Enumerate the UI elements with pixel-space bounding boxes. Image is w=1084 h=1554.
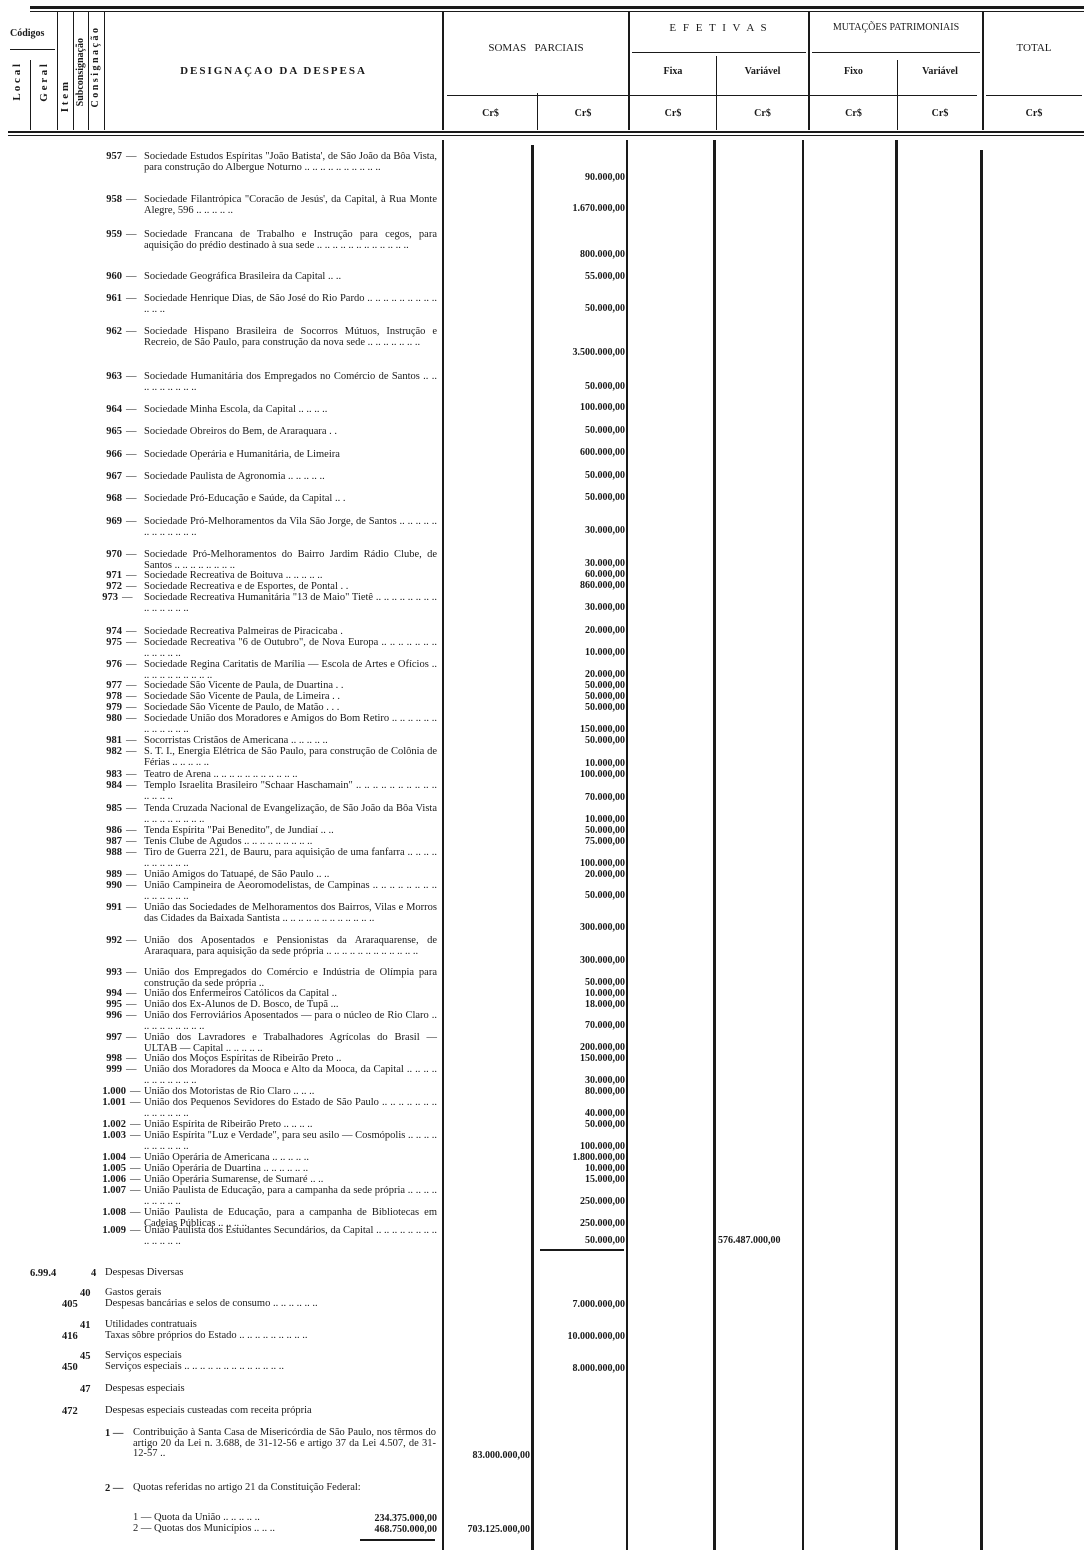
entry-number: 976 [100,660,122,671]
entry-number: 1.006 [96,1175,126,1186]
entry-description: Sociedade Filantrópica "Coracão de Jesús… [144,195,437,216]
subgroup-code: 405 [62,1299,78,1310]
entry-number: 967 [100,472,122,483]
entry-value: 300.000,00 [535,956,625,967]
entry-description: União Campineira de Aeoromodelistas, de … [144,881,437,902]
entry-description: União dos Pequenos Sevidores do Estado d… [144,1098,437,1119]
entry-number: 963 [100,372,122,383]
dash: — [126,968,137,979]
dash: — [126,494,137,505]
currency-label: Cr$ [898,108,982,119]
group-value: 10.000.000,00 [535,1331,625,1342]
quotas-rule [360,1539,435,1541]
entry-number: 974 [100,627,122,638]
entry-value: 800.000,00 [535,250,625,261]
entry-value: 50.000,00 [535,1120,625,1131]
entry-value: 30.000,00 [535,603,625,614]
entry-number: 990 [100,881,122,892]
entry-value: 300.000,00 [535,923,625,934]
entry-description: União dos Aposentados e Pensionistas da … [144,936,437,957]
entry-number: 965 [100,427,122,438]
entry-number: 983 [100,770,122,781]
entry-description: Tenis Clube de Agudos .. .. .. .. .. .. … [144,837,437,848]
sub-rule [10,49,55,50]
header-variavel-efetivas: Variável [717,66,808,77]
entry-description: União dos Moços Espíritas de Ribeirão Pr… [144,1054,437,1065]
dash: — [126,804,137,815]
dash: — [126,1000,137,1011]
entry-description: Sociedade Recreativa de Boituva .. .. ..… [144,571,437,582]
dash: — [126,372,137,383]
entry-description: União dos Lavradores e Trabalhadores Agr… [144,1033,437,1054]
entry-description: Sociedade União dos Moradores e Amigos d… [144,714,437,735]
section-code: 6.99.4 [30,1268,56,1279]
dash: — [126,272,137,283]
entry-value: 30.000,00 [535,559,625,570]
header-bottom-rule [8,131,1084,133]
subgroup-description: Taxas sôbre próprios do Estado .. .. .. … [105,1331,440,1342]
entry-number: 972 [100,582,122,593]
entry-number: 969 [100,517,122,528]
dash: — [126,427,137,438]
dash: — [126,826,137,837]
header-variavel-mutacoes: Variável [898,66,982,77]
entry-number: 1.009 [96,1226,126,1237]
dash: — [126,1033,137,1044]
entry-value: 10.000,00 [535,815,625,826]
entry-value: 50.000,00 [535,692,625,703]
entry-description: União Espírita de Ribeirão Preto .. .. .… [144,1120,437,1131]
dash: — [126,837,137,848]
dash: — [126,327,137,338]
currency-label: Cr$ [717,108,808,119]
entry-description: Sociedade Hispano Brasileira de Socorros… [144,327,437,348]
group-title: Utilidades contratuais [105,1320,440,1331]
dash: — [126,472,137,483]
entry-value: 18.000,00 [535,1000,625,1011]
group-value: 8.000.000,00 [535,1363,625,1374]
sub-rule [447,95,977,96]
col-line [88,12,89,130]
entry-description: União das Sociedades de Melhoramentos do… [144,903,437,924]
col-line [73,12,74,130]
entry-number: 991 [100,903,122,914]
entry-value: 600.000,00 [535,448,625,459]
entry-number: 1.005 [96,1164,126,1175]
entry-description: Templo Israelita Brasileiro "Schaar Hasc… [144,781,437,802]
entry-number: 970 [100,550,122,561]
item-description: Quotas referidas no artigo 21 da Constit… [133,1483,436,1494]
header-codigos: Códigos [10,28,44,39]
item-value: 83.000.000,00 [445,1450,530,1461]
header-mutacoes: MUTAÇÕES PATRIMONIAIS [810,22,982,33]
entry-number: 980 [100,714,122,725]
entry-value: 50.000,00 [535,493,625,504]
entry-value: 55.000,00 [535,272,625,283]
entry-description: Socorristas Cristãos de Americana .. .. … [144,736,437,747]
entry-value: 40.000,00 [535,1109,625,1120]
entry-description: Sociedade São Vicente de Paula, de Duart… [144,681,437,692]
dash: — [126,870,137,881]
entry-value: 200.000,00 [535,1043,625,1054]
col-line [30,60,31,130]
entry-value: 15.000,00 [535,1175,625,1186]
entry-value: 30.000,00 [535,526,625,537]
header-efetivas: E F E T I V A S [630,22,808,34]
group-code: 45 [80,1351,91,1362]
entry-number: 1.003 [96,1131,126,1142]
entry-number: 992 [100,936,122,947]
dash: — [130,1208,141,1219]
dash: — [126,736,137,747]
entry-number: 987 [100,837,122,848]
entry-number: 1.008 [96,1208,126,1219]
quota-label: 2 — Quotas dos Municípios .. .. .. [133,1524,275,1535]
dash: — [130,1175,141,1186]
entry-value: 50.000,00 [535,426,625,437]
entry-description: Sociedade São Vicente de Paula, de Limei… [144,692,437,703]
entry-value: 10.000,00 [535,648,625,659]
header-fixa: Fixa [630,66,716,77]
dash: — [130,1153,141,1164]
currency-label: Cr$ [630,108,716,119]
entry-description: União dos Enfermeiros Católicos da Capit… [144,989,437,1000]
entry-value: 10.000,00 [535,989,625,1000]
entry-number: 975 [100,638,122,649]
entry-description: União dos Motoristas de Rio Claro .. .. … [144,1087,437,1098]
group-code: 41 [80,1320,91,1331]
top-rule-thin [30,11,1084,12]
dash: — [126,638,137,649]
dash: — [126,230,137,241]
entry-description: União dos Ferroviários Aposentados — par… [144,1011,437,1032]
dash: — [126,781,137,792]
dash: — [126,550,137,561]
entry-number: 977 [100,681,122,692]
dash: — [126,881,137,892]
entry-number: 994 [100,989,122,1000]
header-somas-parciais: SOMAS PARCIAIS [444,42,628,54]
sub-rule [812,52,980,53]
dash: — [126,848,137,859]
entry-description: União dos Ex-Alunos de D. Bosco, de Tupã… [144,1000,437,1011]
entry-description: União Operária Sumarense, de Sumaré .. .… [144,1175,437,1186]
entry-description: Sociedade Geográfica Brasileira da Capit… [144,272,437,283]
entry-value: 150.000,00 [535,725,625,736]
dash: — [126,1065,137,1076]
entry-value: 10.000,00 [535,1164,625,1175]
currency-label: Cr$ [984,108,1084,119]
entry-value: 50.000,00 [535,304,625,315]
entry-number: 986 [100,826,122,837]
entry-number: 1.004 [96,1153,126,1164]
entry-value: 20.000,00 [535,670,625,681]
entry-number: 998 [100,1054,122,1065]
subgroup-code: 472 [62,1406,78,1417]
entry-value: 100.000,00 [535,770,625,781]
dash: — [126,770,137,781]
entry-value: 1.670.000,00 [535,204,625,215]
entry-value: 250.000,00 [535,1219,625,1230]
entry-number: 985 [100,804,122,815]
entry-description: Sociedade São Vicente de Paulo, de Matão… [144,703,437,714]
dash: — [126,903,137,914]
entry-value: 150.000,00 [535,1054,625,1065]
dash: — [130,1226,141,1237]
entry-value: 3.500.000,00 [535,348,625,359]
entry-value: 90.000,00 [535,173,625,184]
entry-value: 20.000,00 [535,870,625,881]
top-rule [30,6,1084,9]
entry-value: 50.000,00 [535,703,625,714]
group-code: 40 [80,1288,91,1299]
entry-description: União dos Empregados do Comércio e Indús… [144,968,437,989]
quotas-total: 703.125.000,00 [445,1524,530,1535]
entry-description: União Espírita "Luz e Verdade", para seu… [144,1131,437,1152]
dash: — [126,450,137,461]
item-description: Contribuição à Santa Casa de Misericórdi… [133,1428,436,1460]
entry-number: 966 [100,450,122,461]
entry-value: 100.000,00 [535,859,625,870]
entry-description: Sociedade Recreativa Palmeiras de Piraci… [144,627,437,638]
header-subconsignacao: Subconsignação [75,38,86,106]
entry-number: 962 [100,327,122,338]
body-col-line [626,140,628,1550]
entry-description: Tenda Espírita "Pai Benedito", de Jundia… [144,826,437,837]
entry-description: União Operária de Duartina .. .. .. .. .… [144,1164,437,1175]
entry-description: União Amigos do Tatuapé, de São Paulo ..… [144,870,437,881]
entry-number: 961 [100,294,122,305]
entry-description: Sociedade Recreativa "6 de Outubro", de … [144,638,437,659]
entry-value: 75.000,00 [535,837,625,848]
body-col-line [802,140,804,1550]
dash: — [126,195,137,206]
entry-description: Sociedade Estudos Espíritas "João Batist… [144,152,437,173]
entry-description: Sociedade Pró-Melhoramentos do Bairro Ja… [144,550,437,571]
entry-value: 50.000,00 [535,826,625,837]
entry-number: 957 [100,152,122,163]
entry-value: 70.000,00 [535,793,625,804]
entry-value: 50.000,00 [535,471,625,482]
dash: — [126,627,137,638]
dash: — [126,571,137,582]
entry-number: 1.007 [96,1186,126,1197]
entry-value: 1.800.000,00 [535,1153,625,1164]
quota-value: 468.750.000,00 [345,1524,437,1535]
entry-description: União Paulista de Educação, para a campa… [144,1186,437,1207]
entry-description: União dos Moradores da Mooca e Alto da M… [144,1065,437,1086]
body-col-line [895,140,898,1550]
entry-value: 250.000,00 [535,1197,625,1208]
quota-value: 234.375.000,00 [345,1513,437,1524]
entry-value: 50.000,00 [535,978,625,989]
entry-description: Sociedade Henrique Dias, de São José do … [144,294,437,315]
section-title-number: 4 [91,1268,96,1279]
dash: — [126,703,137,714]
entry-value: 60.000,00 [535,570,625,581]
section-title: Despesas Diversas [105,1268,440,1279]
dash: — [130,1164,141,1175]
entry-value: 70.000,00 [535,1021,625,1032]
header-total: TOTAL [984,42,1084,54]
item-number: 1 — [105,1428,123,1439]
entry-value: 50.000,00 [535,681,625,692]
entry-description: Sociedade Francana de Trabalho e Instruç… [144,230,437,251]
subgroup-description: Despesas bancárias e selos de consumo ..… [105,1299,440,1310]
entry-description: Sociedade Obreiros do Bem, de Araraquara… [144,427,437,438]
dash: — [126,747,137,758]
entry-number: 997 [100,1033,122,1044]
body-col-line [713,140,716,1550]
quota-label: 1 — Quota da União .. .. .. .. .. [133,1513,260,1524]
body-col-line [980,150,983,1550]
dash: — [126,294,137,305]
header-local: L o c a l [11,64,23,101]
entry-number: 968 [100,494,122,505]
header-bottom-rule-thin [8,135,1084,136]
entry-number: 1.002 [96,1120,126,1131]
dash: — [126,681,137,692]
entry-description: Sociedade Recreativa Humanitária "13 de … [144,593,437,614]
entry-number: 981 [100,736,122,747]
entry-value: 860.000,00 [535,581,625,592]
entry-number: 984 [100,781,122,792]
entry-value: 10.000,00 [535,759,625,770]
group-code: 47 [80,1384,91,1395]
currency-label: Cr$ [810,108,897,119]
entry-number: 988 [100,848,122,859]
entry-description: Sociedade Paulista de Agronomia .. .. ..… [144,472,437,483]
entry-number: 978 [100,692,122,703]
dash: — [130,1120,141,1131]
entry-number: 964 [100,405,122,416]
entry-number: 982 [100,747,122,758]
dash: — [122,593,133,604]
header-consignacao: C o n s i g n a ç ã o [90,28,101,107]
group-title: Serviços especiais [105,1351,440,1362]
entry-number: 973 [96,593,118,604]
entry-value: 100.000,00 [535,1142,625,1153]
entry-number: 995 [100,1000,122,1011]
entry-number: 959 [100,230,122,241]
item-number: 2 — [105,1483,123,1494]
entry-description: Teatro de Arena .. .. .. .. .. .. .. .. … [144,770,437,781]
entry-number: 996 [100,1011,122,1022]
dash: — [126,692,137,703]
header-item: I t e m [59,82,71,112]
entry-description: União Operária de Americana .. .. .. .. … [144,1153,437,1164]
subtotal-variavel: 576.487.000,00 [718,1236,800,1247]
entry-description: Sociedade Pró-Melhoramentos da Vila São … [144,517,437,538]
entry-description: Sociedade Pró-Educação e Saúde, da Capit… [144,494,437,505]
dash: — [126,714,137,725]
dash: — [126,1054,137,1065]
group-value: 7.000.000,00 [535,1299,625,1310]
entry-description: Tiro de Guerra 221, de Bauru, para aquis… [144,848,437,869]
header-designacao: DESIGNAÇAO DA DESPESA [105,65,442,77]
dash: — [126,660,137,671]
body-col-line [531,145,534,1550]
group-title: Gastos gerais [105,1288,440,1299]
entry-value: 50.000,00 [535,736,625,747]
entry-description: Sociedade Recreativa e de Esportes, de P… [144,582,437,593]
sub-rule [986,95,1082,96]
entry-number: 999 [100,1065,122,1076]
entry-number: 958 [100,195,122,206]
entry-value: 80.000,00 [535,1087,625,1098]
subgroup-description: Serviços especiais .. .. .. .. .. .. .. … [105,1362,440,1373]
entry-value: 30.000,00 [535,1076,625,1087]
entry-value: 100.000,00 [535,403,625,414]
sub-rule [632,52,806,53]
entry-value: 20.000,00 [535,626,625,637]
dash: — [126,582,137,593]
entry-description: S. T. I., Energia Elétrica de São Paulo,… [144,747,437,768]
group-title: Despesas especiais [105,1384,440,1395]
entry-description: União Paulista dos Estudantes Secundário… [144,1226,437,1247]
dash: — [126,405,137,416]
col-line [57,12,58,130]
entry-description: Sociedade Regina Caritatis de Marília — … [144,660,437,681]
header-fixo: Fixo [810,66,897,77]
dash: — [126,152,137,163]
dash: — [126,517,137,528]
entry-description: Sociedade Minha Escola, da Capital .. ..… [144,405,437,416]
entry-number: 993 [100,968,122,979]
entry-number: 989 [100,870,122,881]
dash: — [126,1011,137,1022]
body-col-line [442,140,444,1550]
subtotal-rule [540,1249,624,1251]
entry-description: Sociedade Humanitária dos Empregados no … [144,372,437,393]
dash: — [130,1098,141,1109]
dash: — [126,989,137,1000]
entry-value: 50.000,00 [535,891,625,902]
entry-value: 50.000,00 [535,1236,625,1247]
entry-number: 979 [100,703,122,714]
entry-number: 960 [100,272,122,283]
dash: — [130,1087,141,1098]
dash: — [130,1186,141,1197]
entry-description: Sociedade Operária e Humanitária, de Lim… [144,450,437,461]
subgroup-code: 416 [62,1331,78,1342]
currency-label: Cr$ [444,108,537,119]
currency-label: Cr$ [538,108,628,119]
dash: — [126,936,137,947]
subgroup-title: Despesas especiais custeadas com receita… [105,1406,440,1417]
subgroup-code: 450 [62,1362,78,1373]
dash: — [130,1131,141,1142]
header-geral: G e r a l [38,64,50,102]
entry-description: Tenda Cruzada Nacional de Evangelização,… [144,804,437,825]
entry-number: 971 [100,571,122,582]
entry-value: 50.000,00 [535,382,625,393]
entry-number: 1.000 [96,1087,126,1098]
entry-number: 1.001 [96,1098,126,1109]
